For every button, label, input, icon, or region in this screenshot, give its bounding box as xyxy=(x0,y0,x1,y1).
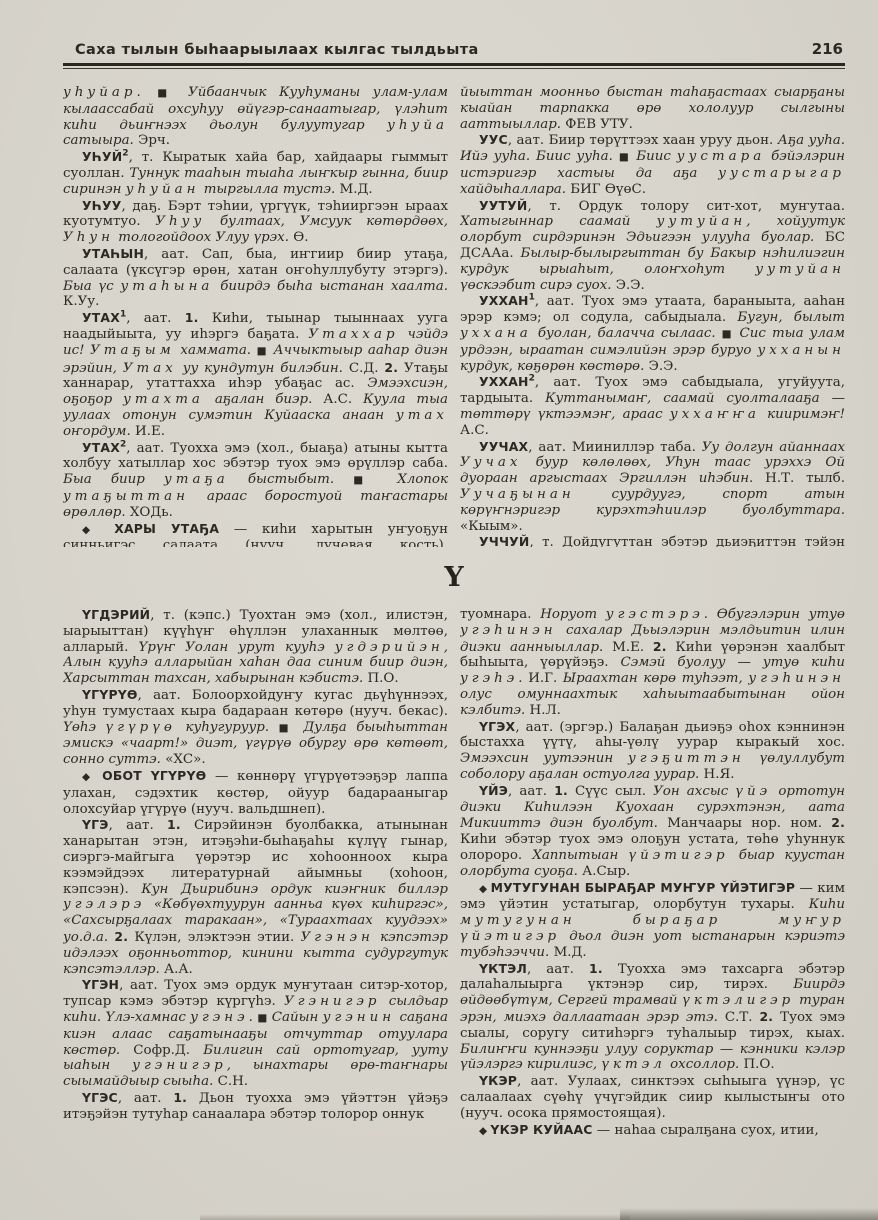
dictionary-entry: УУЧАХ, аат. Мииниллэр таба. Уу долгун ай… xyxy=(460,439,845,535)
dictionary-entry: УТАХ1, аат. 1. Киһи, тыынар тыыннаах ууг… xyxy=(63,310,448,439)
lower-right-column: туомнара. Норуот угэстэрэ. Өбугэлэрин ут… xyxy=(460,607,845,1181)
page-number: 216 xyxy=(812,40,845,58)
dictionary-entry: ҮГДЭРИЙ, т. (кэпс.) Туохтан эмэ (хол., и… xyxy=(63,607,448,687)
dictionary-entry: ҮКТЭЛ, аат. 1. Туохха эмэ тахсарга эбэтэ… xyxy=(460,961,845,1074)
dictionary-entry: ҮГЭХ, аат. (эргэр.) Балаҕан дьиэҕэ оһох … xyxy=(460,719,845,783)
dictionary-entry: туомнара. Норуот угэстэрэ. Өбугэлэрин ут… xyxy=(460,607,845,719)
header-double-rule xyxy=(63,63,845,69)
dictionary-entry: УТАХ2, аат. Туохха эмэ (хол., быаҕа) аты… xyxy=(63,440,448,521)
dictionary-entry: ҮГЭС, аат. 1. Дьон туохха эмэ үйэттэн үй… xyxy=(63,1090,448,1123)
lower-text-block: ҮГДЭРИЙ, т. (кэпс.) Туохтан эмэ (хол., и… xyxy=(63,607,845,1181)
dictionary-entry: ҮГҮРҮӨ, аат. Болоорхойдуҥу кугас дьүһүнн… xyxy=(63,687,448,768)
scan-edge-shadow-left xyxy=(200,1214,630,1220)
dictionary-entry: ◆ МУТУГУНАН БЫРАҔАР МУҤУР ҮЙЭТИГЭР — ким… xyxy=(460,880,845,961)
dictionary-entry: йыыттан моонньо быстан таһаҕастаах сыарҕ… xyxy=(460,85,845,132)
dictionary-entry: уһуйар. ■ Уйбаанчык Кууһуманы улам-улам … xyxy=(63,85,448,149)
dictionary-entry: УҺУЙ2, т. Кыратык хайа бар, хайдаары гым… xyxy=(63,149,448,197)
dictionary-entry: ◆ ҮКЭР КУЙААС — наһаа сыралҕана суох, ит… xyxy=(460,1122,845,1140)
running-title: Саха тылын быһаарыылаах кылгас тылдьыта xyxy=(63,42,479,58)
dictionary-entry: УХХАН2, аат. Туох эмэ сабыдыала, угуйуут… xyxy=(460,374,845,438)
dictionary-entry: УЧЧУЙ, т. Дойдугуттан эбэтэр дьиэҕиттэн … xyxy=(460,534,845,547)
dictionary-entry: УТАҺЫН, аат. Сап, быа, иҥгиир биир утаҕа… xyxy=(63,246,448,310)
dictionary-entry: УХХАН1, аат. Туох эмэ утаата, бараныыта,… xyxy=(460,293,845,374)
upper-text-block: уһуйар. ■ Уйбаанчык Кууһуманы улам-улам … xyxy=(63,85,845,547)
dictionary-entry: ҮГЭН, аат. Туох эмэ ордук муҥутаан ситэр… xyxy=(63,977,448,1090)
dictionary-entry: ҮКЭР, аат. Уулаах, синктээх сыһыыга үүнэ… xyxy=(460,1073,845,1121)
dictionary-entry: УУТУЙ, т. Ордук толору сит-хот, муҥутаа.… xyxy=(460,198,845,294)
section-letter-heading: Ү xyxy=(63,563,845,599)
dictionary-entry: ҮГЭ, аат. 1. Сирэйинэн буолбакка, атынын… xyxy=(63,817,448,977)
dictionary-entry: ҮЙЭ, аат. 1. Сүүс сыл. Уон ахсыс үйэ орт… xyxy=(460,783,845,880)
page-header: Саха тылын быһаарыылаах кылгас тылдьыта … xyxy=(63,40,845,58)
scanned-dictionary-page: Саха тылын быһаарыылаах кылгас тылдьыта … xyxy=(0,0,878,1220)
dictionary-entry: ◆ ОБОТ ҮГҮРҮӨ — көннөрү үгүрүөтээҕэр лап… xyxy=(63,768,448,817)
dictionary-entry: УҺУУ, даҕ. Бэрт тэһии, үргүүк, тэһииргээ… xyxy=(63,198,448,246)
scan-edge-shadow xyxy=(620,1208,878,1220)
lower-left-column: ҮГДЭРИЙ, т. (кэпс.) Туохтан эмэ (хол., и… xyxy=(63,607,448,1181)
dictionary-entry: УУС, аат. Биир төрүттээх хаан уруу дьон.… xyxy=(460,132,845,197)
upper-right-column: йыыттан моонньо быстан таһаҕастаах сыарҕ… xyxy=(460,85,845,547)
upper-left-column: уһуйар. ■ Уйбаанчык Кууһуманы улам-улам … xyxy=(63,85,448,547)
dictionary-entry: ◆ ХАРЫ УТАҔА — киһи харытын уҥуоҕун синн… xyxy=(63,521,448,547)
